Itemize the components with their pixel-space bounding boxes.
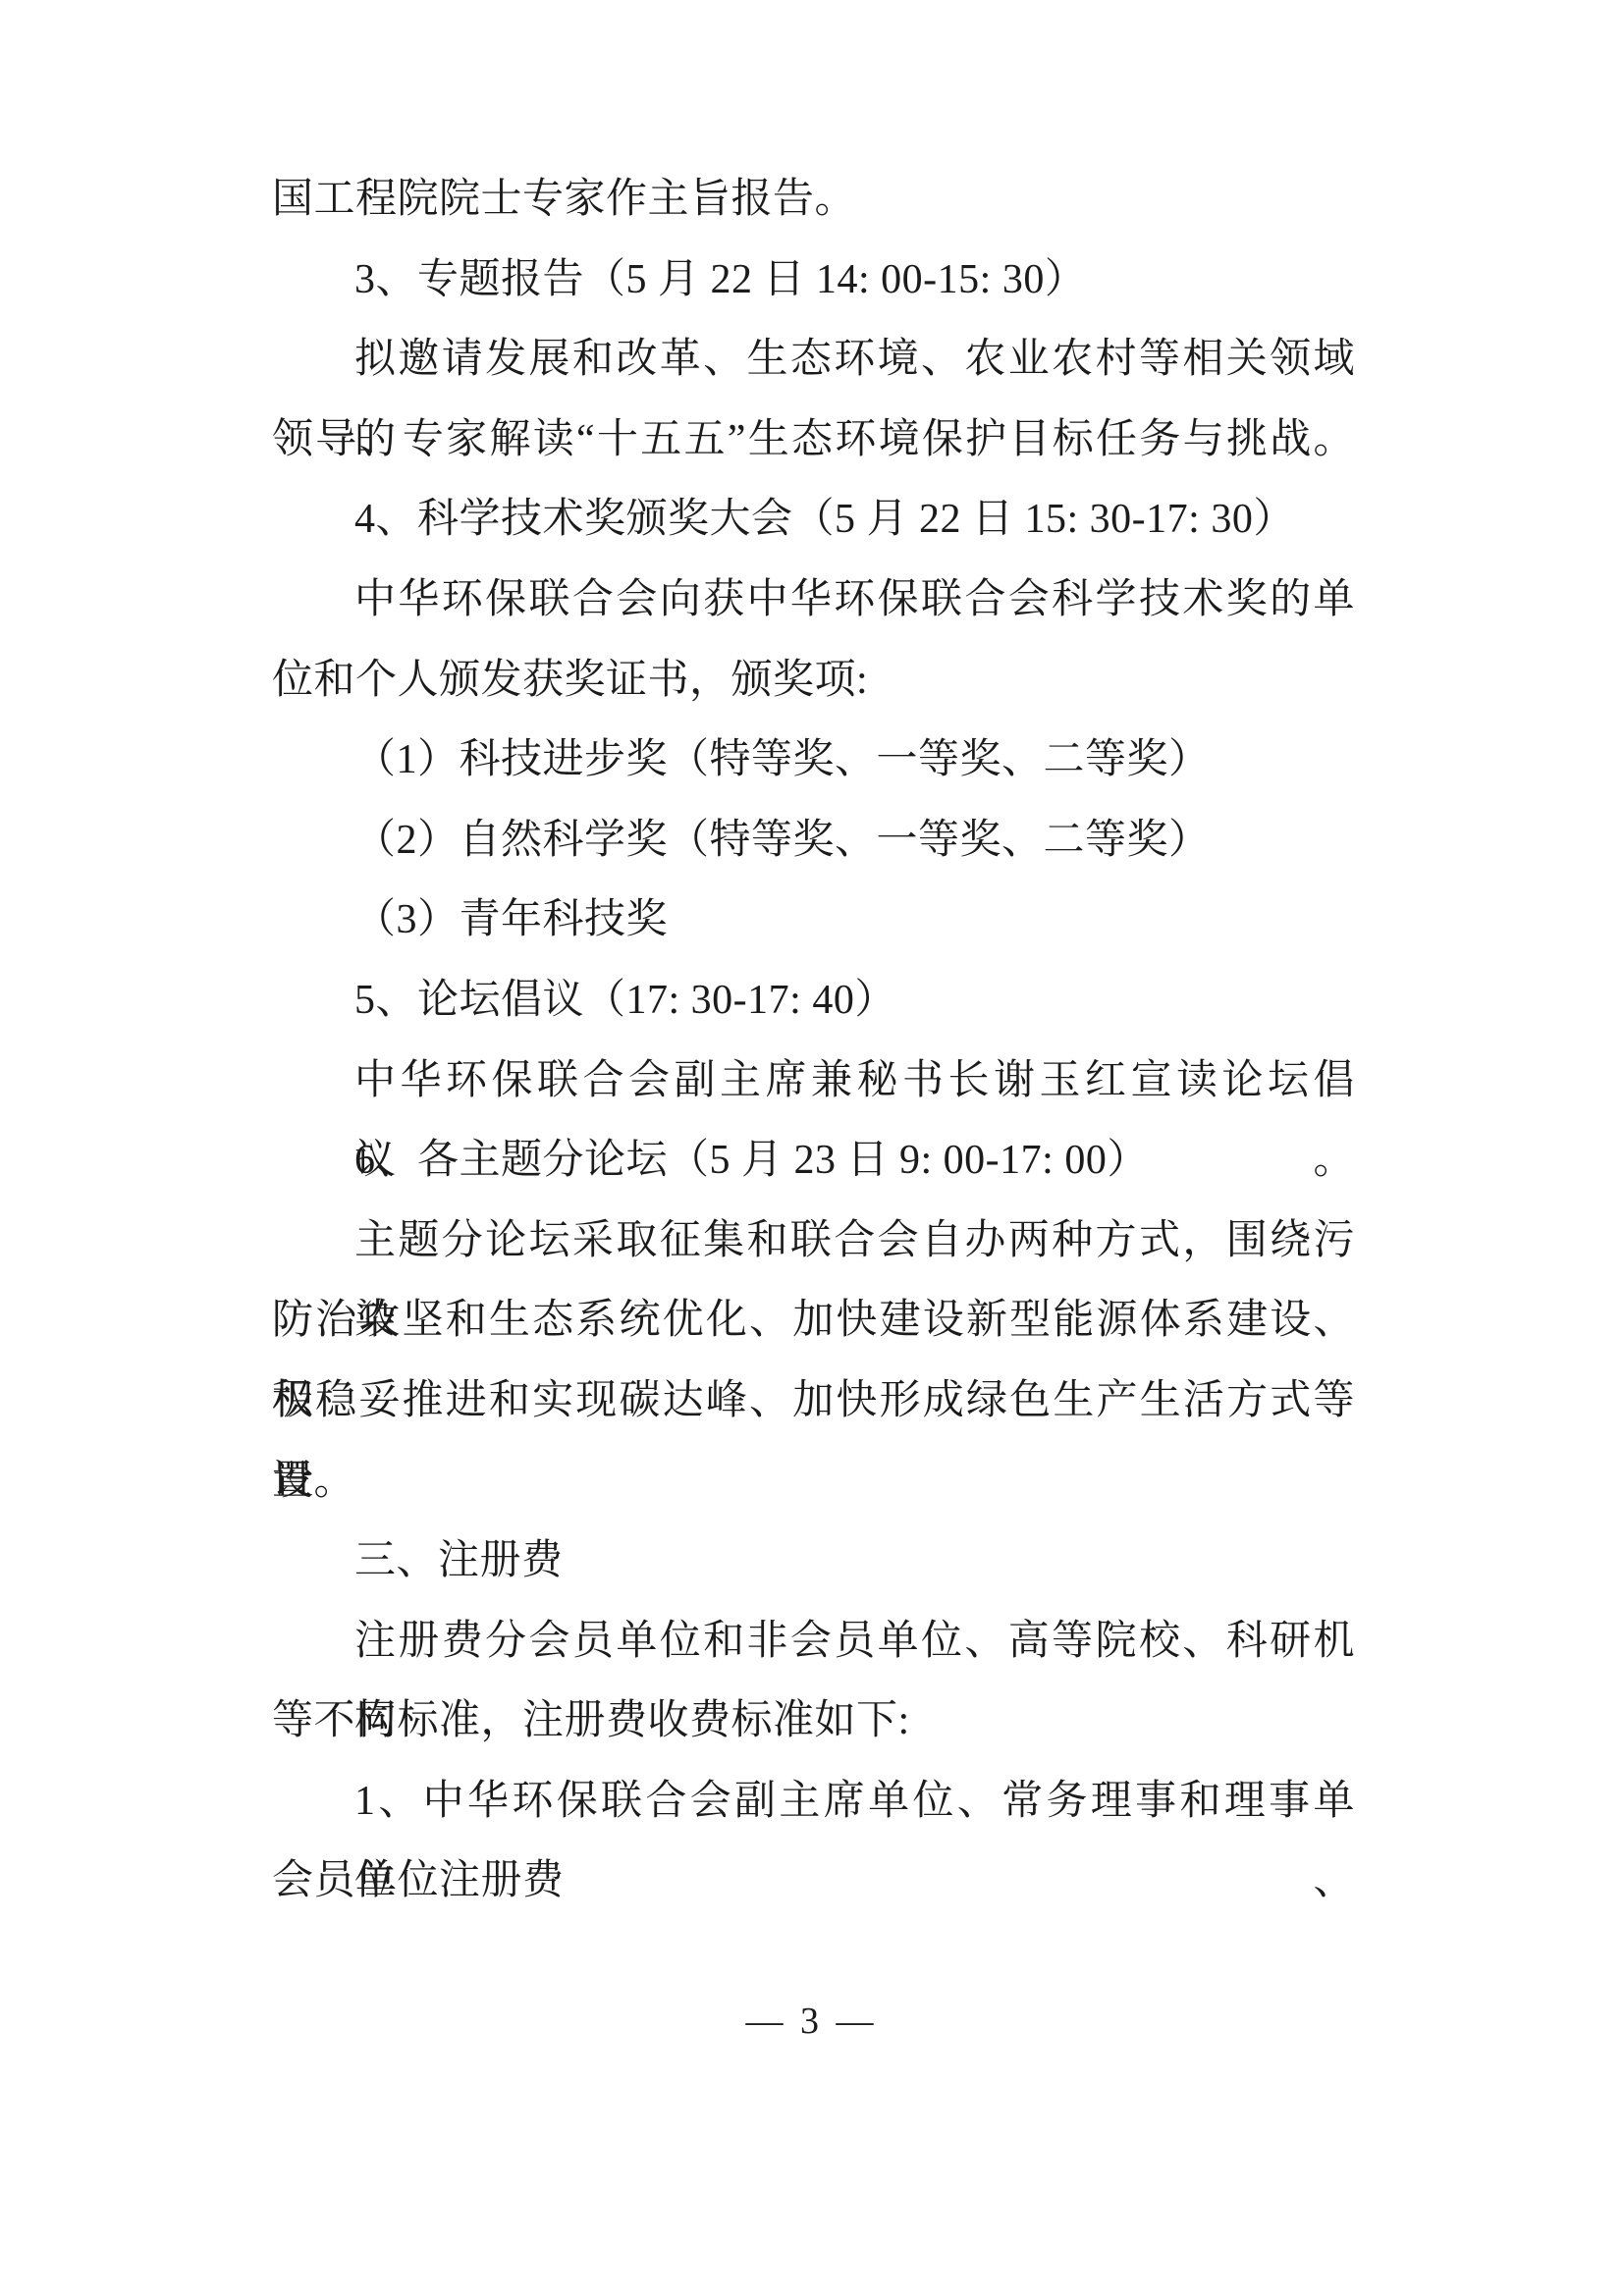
text-line: （1）科技进步奖（特等奖、一等奖、二等奖） — [272, 721, 1355, 801]
text-line: 领导、专家解读“十五五”生态环境保护目标任务与挑战。 — [272, 400, 1355, 481]
text-line: 3、专题报告（5 月 22 日 14: 00-15: 30） — [272, 240, 1355, 321]
text-line: 位和个人颁发获奖证书，颁奖项: — [272, 641, 1355, 721]
text-line: 5、论坛倡议（17: 30-17: 40） — [272, 961, 1355, 1041]
text-line: 防治攻坚和生态系统优化、加快建设新型能源体系建设、积 — [272, 1281, 1355, 1362]
text-line: （2）自然科学奖（特等奖、一等奖、二等奖） — [272, 801, 1355, 881]
text-line: 主题分论坛采取征集和联合会自办两种方式，围绕污染 — [272, 1201, 1355, 1282]
text-line: 置。 — [272, 1442, 1355, 1522]
text-line: 1、中华环保联合会副主席单位、常务理事和理事单位、 — [272, 1762, 1355, 1842]
text-line: 拟邀请发展和改革、生态环境、农业农村等相关领域的 — [272, 320, 1355, 400]
document-page: 国工程院院士专家作主旨报告。 3、专题报告（5 月 22 日 14: 00-15… — [0, 0, 1623, 2296]
text-line: 4、科学技术奖颁奖大会（5 月 22 日 15: 30-17: 30） — [272, 480, 1355, 561]
text-line: 中华环保联合会向获中华环保联合会科学技术奖的单 — [272, 561, 1355, 641]
text-line: 中华环保联合会副主席兼秘书长谢玉红宣读论坛倡议。 — [272, 1041, 1355, 1122]
text-line: 三、注册费 — [272, 1522, 1355, 1602]
text-line: 极稳妥推进和实现碳达峰、加快形成绿色生产生活方式等设 — [272, 1362, 1355, 1442]
page-number: — 3 — — [0, 1985, 1623, 2058]
text-line: （3）青年科技奖 — [272, 881, 1355, 961]
text-line: 注册费分会员单位和非会员单位、高等院校、科研机构 — [272, 1602, 1355, 1682]
text-line: 等不同标准，注册费收费标准如下: — [272, 1682, 1355, 1762]
text-line: 国工程院院士专家作主旨报告。 — [272, 160, 1355, 240]
document-body: 国工程院院士专家作主旨报告。 3、专题报告（5 月 22 日 14: 00-15… — [272, 160, 1355, 1922]
